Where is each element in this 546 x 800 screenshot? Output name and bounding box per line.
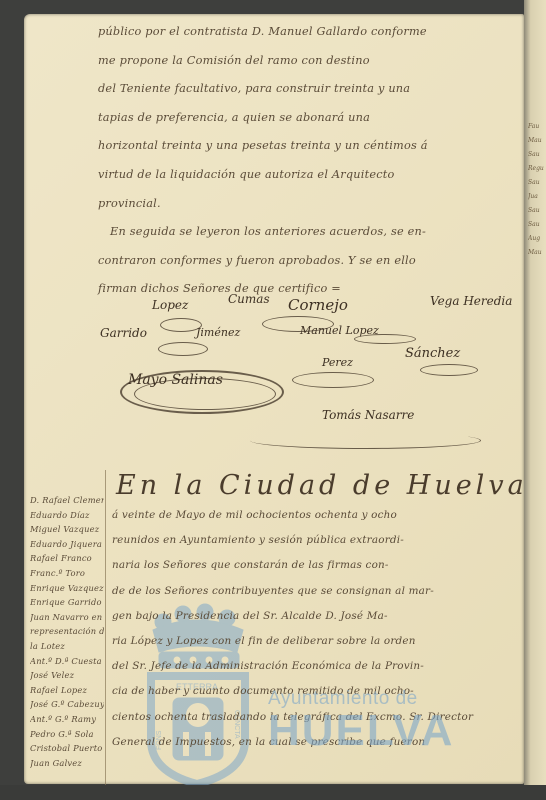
margin-rule: [105, 470, 106, 785]
signature-block: Lopez Cumas Cornejo Vega Heredia Garrido…: [100, 290, 520, 460]
archive-watermark: Ayuntamiento de HUELVA: [268, 688, 454, 756]
signature-flourish: [250, 432, 481, 449]
text-line: gen bajo la Presidencia del Sr. Alcalde …: [112, 604, 522, 629]
signature-flourish: [158, 342, 208, 356]
text-line: público por el contratista D. Manuel Gal…: [98, 18, 518, 47]
margin-name: la Lotez: [30, 639, 104, 654]
signature: Cumas: [228, 292, 270, 306]
signature: Jiménez: [196, 326, 240, 339]
section-heading: En la Ciudad de Huelva: [116, 470, 528, 501]
margin-name: Cristobal Puerto: [30, 741, 104, 756]
top-section-text: público por el contratista D. Manuel Gal…: [98, 18, 518, 304]
margin-name: Ant.º G.º Ramy: [30, 712, 104, 727]
margin-name: Eduardo Jiquera: [30, 537, 104, 552]
text-line: del Sr. Jefe de la Administración Económ…: [112, 654, 522, 679]
margin-name: Miguel Vazquez: [30, 522, 104, 537]
signature: Vega Heredia: [430, 294, 512, 308]
margin-name: Rafael Franco: [30, 551, 104, 566]
adjacent-page-text: Fau Mau Sau Regu Sau Jua Sau Sau Aug Mau: [528, 120, 546, 260]
signature-flourish: [292, 372, 374, 388]
signature: Sánchez: [405, 346, 460, 361]
signature-flourish: [262, 316, 334, 332]
margin-name: José Velez: [30, 668, 104, 683]
signature-flourish: [160, 318, 202, 332]
text-line: provincial.: [98, 190, 518, 219]
signature-flourish: [354, 334, 416, 344]
signature: Tomás Nasarre: [322, 408, 414, 422]
text-line: naria los Señores que constarán de las f…: [112, 553, 522, 578]
margin-name: Eduardo Díaz: [30, 508, 104, 523]
margin-name: José G.º Cabezuy: [30, 697, 104, 712]
text-line: me propone la Comisión del ramo con dest…: [98, 47, 518, 76]
adjacent-page-edge: Fau Mau Sau Regu Sau Jua Sau Sau Aug Mau: [524, 0, 546, 800]
signature-flourish: [420, 364, 478, 376]
signature: Garrido: [100, 326, 147, 340]
watermark-line-2: HUELVA: [268, 706, 454, 756]
signature: Cornejo: [288, 296, 348, 314]
margin-attendee-list: D. Rafael Clemente Eduardo Díaz Miguel V…: [30, 493, 104, 770]
margin-name: Rafael Lopez: [30, 683, 104, 698]
text-line: ria López y Lopez con el fin de delibera…: [112, 629, 522, 654]
text-line: contraron conformes y fueron aprobados. …: [98, 247, 518, 276]
text-line: tapias de preferencia, a quien se abonar…: [98, 104, 518, 133]
margin-name: Juan Galvez: [30, 756, 104, 771]
text-line: del Teniente facultativo, para construir…: [98, 75, 518, 104]
text-line: virtud de la liquidación que autoriza el…: [98, 161, 518, 190]
margin-name: D. Rafael Clemente: [30, 493, 104, 508]
text-line: de de los Señores contribuyentes que se …: [112, 579, 522, 604]
margin-name: Ant.º D.ª Cuesta: [30, 654, 104, 669]
text-line: En seguida se leyeron los anteriores acu…: [98, 218, 518, 247]
text-line: horizontal treinta y una pesetas treinta…: [98, 132, 518, 161]
signature: Perez: [322, 356, 353, 369]
margin-name: representación de: [30, 624, 104, 639]
text-line: reunidos en Ayuntamiento y sesión públic…: [112, 528, 522, 553]
margin-name: Juan Navarro en: [30, 610, 104, 625]
margin-name: Enrique Vazquez: [30, 581, 104, 596]
margin-name: Franc.º Toro: [30, 566, 104, 581]
scan-background-edge: [0, 785, 546, 800]
margin-name: Enrique Garrido: [30, 595, 104, 610]
signature-flourish: [134, 378, 276, 410]
signature: Lopez: [152, 298, 188, 312]
text-line: á veinte de Mayo de mil ochocientos oche…: [112, 503, 522, 528]
margin-name: Pedro G.ª Sola: [30, 727, 104, 742]
